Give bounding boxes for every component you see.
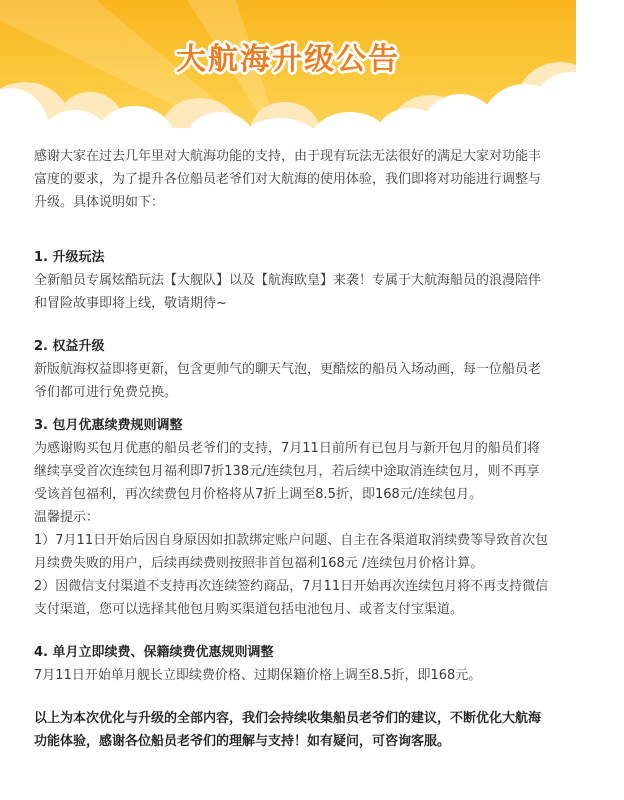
intro-line: 升级。具体说明如下： xyxy=(34,191,574,214)
tip-item: 2）因微信支付渠道不支持再次连续签约商品，7月11日开始再次连续包月将不再支持微… xyxy=(34,575,574,621)
section-line: 爷们都可进行免费兑换。 xyxy=(34,381,574,404)
section-line: 和冒险故事即将上线，敬请期待~ xyxy=(34,292,574,315)
section-line: 7月11日开始单月舰长立即续费价格、过期保籍价格上调至8.5折，即168元。 xyxy=(34,664,574,687)
tips-label: 温馨提示： xyxy=(34,506,574,529)
intro-line: 感谢大家在过去几年里对大航海功能的支持，由于现有玩法无法很好的满足大家对功能丰 xyxy=(34,145,574,168)
announcement-banner: 大航海升级公告 xyxy=(0,0,576,140)
section-line: 为感谢购买包月优惠的船员老爷们的支持，7月11日前所有已包月与新开包月的船员们将 xyxy=(34,437,574,460)
section-line: 继续享受首次连续包月福利即7折138元/连续包月，若后续中途取消连续包月，则不再… xyxy=(34,460,574,483)
section-line: 受该首包福利，再次续费包月价格将从7折上调至8.5折，即168元/连续包月。 xyxy=(34,483,574,506)
section-monthly-renewal: 3. 包月优惠续费规则调整 为感谢购买包月优惠的船员老爷们的支持，7月11日前所… xyxy=(34,414,574,621)
section-heading: 1. 升级玩法 xyxy=(34,246,574,269)
section-heading: 2. 权益升级 xyxy=(34,335,574,358)
tip-line: 支付渠道，您可以选择其他包月购买渠道包括电池包月、或者支付宝渠道。 xyxy=(34,598,574,621)
section-benefits-upgrade: 2. 权益升级 新版航海权益即将更新，包含更帅气的聊天气泡，更酷炫的船员入场动画… xyxy=(34,335,574,404)
closing-line: 以上为本次优化与升级的全部内容，我们会持续收集船员老爷们的建议，不断优化大航海 xyxy=(34,707,574,730)
closing-paragraph: 以上为本次优化与升级的全部内容，我们会持续收集船员老爷们的建议，不断优化大航海 … xyxy=(34,707,574,753)
section-upgrade-gameplay: 1. 升级玩法 全新船员专属炫酷玩法【大舰队】以及【航海欧皇】来袭！专属于大航海… xyxy=(34,246,574,315)
section-line: 全新船员专属炫酷玩法【大舰队】以及【航海欧皇】来袭！专属于大航海船员的浪漫陪伴 xyxy=(34,269,574,292)
tip-line: 月续费失败的用户，后续再续费则按照非首包福利168元 /连续包月价格计算。 xyxy=(34,552,574,575)
page-title: 大航海升级公告 xyxy=(0,34,576,78)
closing-line: 功能体验，感谢各位船员老爷们的理解与支持！如有疑问，可咨询客服。 xyxy=(34,730,574,753)
intro-line: 富度的要求，为了提升各位船员老爷们对大航海的使用体验，我们即将对功能进行调整与 xyxy=(34,168,574,191)
section-heading: 4. 单月立即续费、保籍续费优惠规则调整 xyxy=(34,641,574,664)
tip-line: 2）因微信支付渠道不支持再次连续签约商品，7月11日开始再次连续包月将不再支持微… xyxy=(34,575,574,598)
section-line: 新版航海权益即将更新，包含更帅气的聊天气泡，更酷炫的船员入场动画，每一位船员老 xyxy=(34,358,574,381)
intro-paragraph: 感谢大家在过去几年里对大航海功能的支持，由于现有玩法无法很好的满足大家对功能丰 … xyxy=(34,145,574,214)
tip-item: 1）7月11日开始后因自身原因如扣款绑定账户问题、自主在各渠道取消续费等导致首次… xyxy=(34,529,574,575)
section-single-month-renewal: 4. 单月立即续费、保籍续费优惠规则调整 7月11日开始单月舰长立即续费价格、过… xyxy=(34,641,574,687)
announcement-body: 感谢大家在过去几年里对大航海功能的支持，由于现有玩法无法很好的满足大家对功能丰 … xyxy=(34,145,574,753)
section-heading: 3. 包月优惠续费规则调整 xyxy=(34,414,574,437)
tip-line: 1）7月11日开始后因自身原因如扣款绑定账户问题、自主在各渠道取消续费等导致首次… xyxy=(34,529,574,552)
cloud-decoration xyxy=(0,128,576,140)
